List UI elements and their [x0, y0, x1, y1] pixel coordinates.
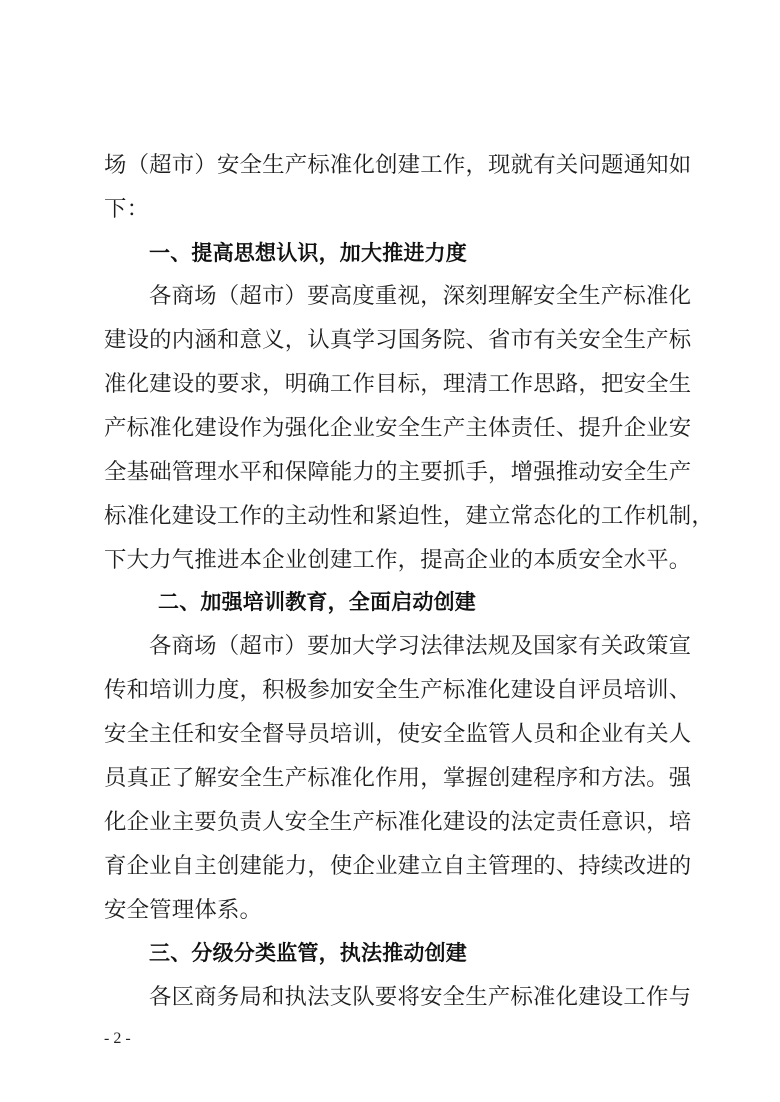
- paragraph-line: 员真正了解安全生产标准化作用，掌握创建程序和方法。强: [104, 765, 664, 791]
- paragraph-line: 安全主任和安全督导员培训，使安全监管人员和企业有关人: [104, 721, 664, 747]
- paragraph-line: 下大力气推进本企业创建工作，提高企业的本质安全水平。: [104, 547, 664, 573]
- paragraph-line: 准化建设的要求，明确工作目标，理清工作思路，把安全生: [104, 371, 664, 397]
- section-heading-3: 三、分级分类监管，执法推动创建: [149, 940, 709, 966]
- paragraph-line: 各商场（超市）要高度重视，深刻理解安全生产标准化: [149, 283, 709, 309]
- paragraph-line: 育企业自主创建能力，使企业建立自主管理的、持续改进的: [104, 853, 664, 879]
- paragraph-line: 化企业主要负责人安全生产标准化建设的法定责任意识，培: [104, 809, 664, 835]
- paragraph-line: 建设的内涵和意义，认真学习国务院、省市有关安全生产标: [104, 327, 664, 353]
- paragraph-line: 安全管理体系。: [104, 897, 664, 923]
- document-page: 场（超市）安全生产标准化创建工作，现就有关问题通知如 下： 一、提高思想认识，加…: [0, 0, 780, 1102]
- section-heading-2: 二、加强培训教育，全面启动创建: [158, 589, 718, 615]
- paragraph-line: 传和培训力度，积极参加安全生产标准化建设自评员培训、: [104, 677, 664, 703]
- paragraph-line: 标准化建设工作的主动性和紧迫性，建立常态化的工作机制，: [104, 503, 664, 529]
- paragraph-line: 各区商务局和执法支队要将安全生产标准化建设工作与: [149, 984, 709, 1010]
- paragraph-line: 场（超市）安全生产标准化创建工作，现就有关问题通知如: [104, 152, 664, 178]
- paragraph-line: 下：: [104, 196, 664, 222]
- paragraph-line: 产标准化建设作为强化企业安全生产主体责任、提升企业安: [104, 415, 664, 441]
- paragraph-line: 各商场（超市）要加大学习法律法规及国家有关政策宣: [149, 633, 709, 659]
- page-number: - 2 -: [104, 1030, 131, 1048]
- paragraph-line: 全基础管理水平和保障能力的主要抓手，增强推动安全生产: [104, 459, 664, 485]
- section-heading-1: 一、提高思想认识，加大推进力度: [149, 240, 709, 266]
